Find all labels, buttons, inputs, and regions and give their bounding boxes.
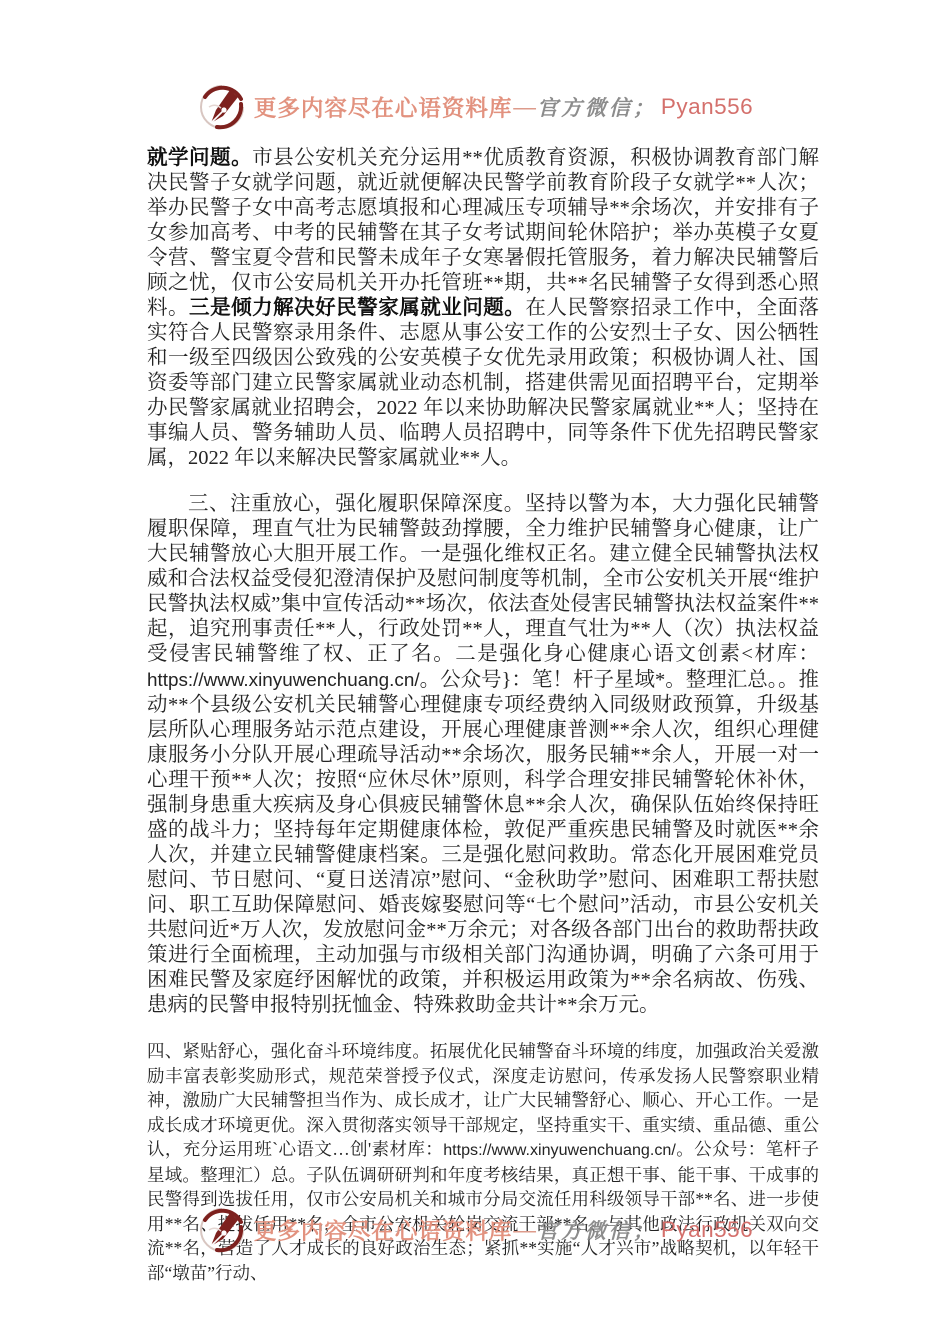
document-body: 就学问题。市县公安机关充分运用**优质教育资源，积极协调教育部门解决民警子女就学… <box>147 146 819 1306</box>
url-text: https://www.xinyuwenchuang.cn/ <box>147 669 420 690</box>
paragraph: 就学问题。市县公安机关充分运用**优质教育资源，积极协调教育部门解决民警子女就学… <box>147 146 819 471</box>
brand-dash: — <box>513 1217 536 1243</box>
wechat-id: Pyan556 <box>661 1217 753 1243</box>
brand-text: 更多内容尽在心语资料库 <box>254 1214 513 1246</box>
brand-dash: — <box>513 94 536 120</box>
document-page: 更多内容尽在心语资料库—官方微信；Pyan556 就学问题。市县公安机关充分运用… <box>0 0 950 1344</box>
footer-watermark: 更多内容尽在心语资料库—官方微信；Pyan556 <box>0 1205 950 1255</box>
url-text: https://www.xinyuwenchuang.cn/ <box>443 1141 676 1159</box>
wechat-id: Pyan556 <box>661 94 753 120</box>
pen-circle-logo-icon <box>197 82 247 132</box>
brand-text: 更多内容尽在心语资料库 <box>254 91 513 123</box>
bold-run: 就学问题。 <box>147 147 252 169</box>
text-run: 三、注重放心，强化履职保障深度。坚持以警为本，大力强化民辅警履职保障，理直气壮为… <box>147 493 819 665</box>
text-run: 在人民警察招录工作中，全面落实符合人民警察录用条件、志愿从事公安工作的公安烈士子… <box>147 297 819 469</box>
pen-circle-logo-icon <box>197 1205 247 1255</box>
wechat-label: 官方微信； <box>537 1215 657 1245</box>
paragraph: 三、注重放心，强化履职保障深度。坚持以警为本，大力强化民辅警履职保障，理直气壮为… <box>147 492 819 1018</box>
bold-run: 三是倾力解决好民警家属就业问题。 <box>189 297 525 319</box>
text-run: 。公众号}：笔！杆子星域*。整理汇总。。推动**个县级公安机关民辅警心理健康专项… <box>147 669 819 1016</box>
text-run: 市县公安机关充分运用**优质教育资源，积极协调教育部门解决民警子女就学问题，就近… <box>147 147 819 319</box>
header-watermark: 更多内容尽在心语资料库—官方微信；Pyan556 <box>0 82 950 132</box>
wechat-label: 官方微信； <box>537 92 657 122</box>
